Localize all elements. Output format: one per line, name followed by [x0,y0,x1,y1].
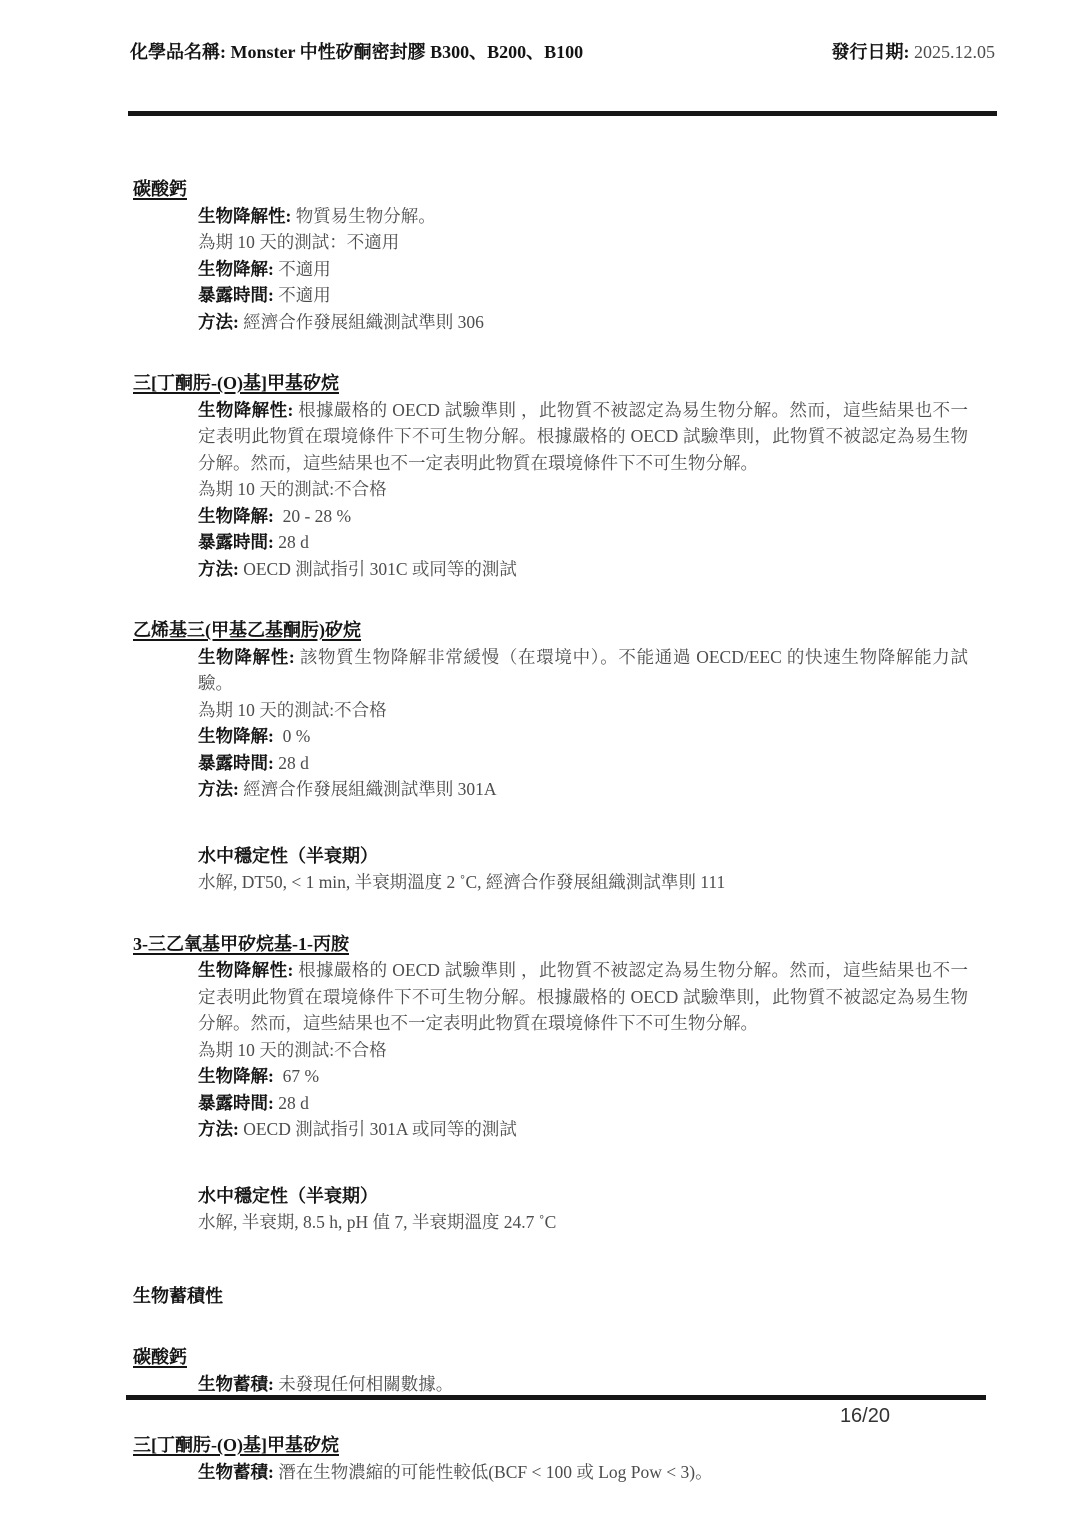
issue-date-value: 2025.12.05 [910,42,996,62]
substance-section: 碳酸鈣生物蓄積: 未發現任何相關數據。 [133,1344,977,1397]
substance-section: 三[丁酮肟-(O)基]甲基矽烷生物蓄積: 潛在生物濃縮的可能性較低(BCF < … [133,1432,977,1485]
data-line: 生物降解性: 物質易生物分解。 [198,203,968,230]
data-line: 暴露時間: 不適用 [198,282,968,309]
field-value: 20 - 28 % [274,506,351,526]
data-line: 暴露時間: 28 d [198,750,968,777]
chemical-name-value: Monster 中性矽酮密封膠 B300、B200、B100 [226,42,583,62]
field-value: 為期 10 天的測試:不合格 [198,1040,387,1060]
field-label: 生物蓄積: [198,1374,274,1394]
section-lines: 生物蓄積: 未發現任何相關數據。 [133,1371,968,1398]
footer-divider-rule [126,1395,986,1400]
field-label: 生物降解: [198,506,274,526]
field-label: 方法: [198,559,239,579]
field-value: OECD 測試指引 301C 或同等的測試 [239,559,517,579]
section-heading: 水中穩定性（半衰期） [198,1183,977,1210]
substance-section: 3-三乙氧基甲矽烷基-1-丙胺生物降解性: 根據嚴格的 OECD 試驗準則 ，此… [133,931,977,1143]
field-label: 生物降解性: [198,647,295,667]
stability-subsection: 水中穩定性（半衰期）水解, 半衰期, 8.5 h, pH 值 7, 半衰期溫度 … [133,1183,977,1236]
data-line: 生物降解性: 根據嚴格的 OECD 試驗準則 ，此物質不被認定為易生物分解。然而… [198,957,968,1037]
section-lines: 水解, DT50, < 1 min, 半衰期溫度 2 ˚C, 經濟合作發展組織測… [133,869,968,896]
field-label: 生物降解: [198,1066,274,1086]
data-line: 為期 10 天的測試:不合格 [198,697,968,724]
field-label: 暴露時間: [198,753,274,773]
data-line: 生物降解: 67 % [198,1063,968,1090]
data-line: 為期 10 天的測試：不適用 [198,229,968,256]
field-value: 28 d [274,753,309,773]
field-value: 經濟合作發展組織測試準則 301A [239,779,497,799]
field-label: 方法: [198,1119,239,1139]
data-line: 水解, 半衰期, 8.5 h, pH 值 7, 半衰期溫度 24.7 ˚C [198,1209,968,1236]
section-heading: 水中穩定性（半衰期） [198,843,977,870]
section-heading: 三[丁酮肟-(O)基]甲基矽烷 [133,370,977,397]
data-line: 生物降解: 20 - 28 % [198,503,968,530]
section-heading: 碳酸鈣 [133,1344,977,1371]
field-value: 未發現任何相關數據。 [274,1374,453,1394]
field-label: 生物蓄積: [198,1462,274,1482]
field-value: OECD 測試指引 301A 或同等的測試 [239,1119,517,1139]
data-line: 為期 10 天的測試:不合格 [198,476,968,503]
field-label: 生物降解性: [198,960,293,980]
data-line: 生物降解: 不適用 [198,256,968,283]
page-header: 化學品名稱: Monster 中性矽酮密封膠 B300、B200、B100 發行… [0,0,1082,64]
field-label: 暴露時間: [198,1093,274,1113]
field-value: 該物質生物降解非常緩慢（在環境中）。不能通過 OECD/EEC 的快速生物降解能… [198,647,968,694]
substance-section: 碳酸鈣生物降解性: 物質易生物分解。為期 10 天的測試：不適用生物降解: 不適… [133,176,977,335]
field-value: 為期 10 天的測試:不合格 [198,700,387,720]
field-label: 暴露時間: [198,532,274,552]
section-heading: 生物蓄積性 [133,1283,977,1310]
field-label: 暴露時間: [198,285,274,305]
field-label: 生物降解: [198,259,274,279]
stability-subsection: 水中穩定性（半衰期）水解, DT50, < 1 min, 半衰期溫度 2 ˚C,… [133,843,977,896]
field-label: 方法: [198,312,239,332]
data-line: 暴露時間: 28 d [198,529,968,556]
substance-section: 乙烯基三(甲基乙基酮肟)矽烷生物降解性: 該物質生物降解非常緩慢（在環境中）。不… [133,617,977,803]
data-line: 為期 10 天的測試:不合格 [198,1037,968,1064]
section-heading: 乙烯基三(甲基乙基酮肟)矽烷 [133,617,977,644]
section-lines: 水解, 半衰期, 8.5 h, pH 值 7, 半衰期溫度 24.7 ˚C [133,1209,968,1236]
field-value: 水解, DT50, < 1 min, 半衰期溫度 2 ˚C, 經濟合作發展組織測… [198,872,725,892]
group-section: 生物蓄積性 [133,1283,977,1310]
field-value: 67 % [274,1066,319,1086]
section-lines: 生物降解性: 該物質生物降解非常緩慢（在環境中）。不能通過 OECD/EEC 的… [133,644,968,803]
page-number: 16/20 [840,1405,890,1428]
field-value: 水解, 半衰期, 8.5 h, pH 值 7, 半衰期溫度 24.7 ˚C [198,1212,556,1232]
sds-document-page: 化學品名稱: Monster 中性矽酮密封膠 B300、B200、B100 發行… [0,0,1082,1514]
section-heading: 3-三乙氧基甲矽烷基-1-丙胺 [133,931,977,958]
data-line: 方法: OECD 測試指引 301C 或同等的測試 [198,556,968,583]
section-lines: 生物降解性: 物質易生物分解。為期 10 天的測試：不適用生物降解: 不適用暴露… [133,203,968,336]
data-line: 方法: OECD 測試指引 301A 或同等的測試 [198,1116,968,1143]
issue-date-label: 發行日期: [832,42,910,62]
issue-date-header: 發行日期: 2025.12.05 [832,40,996,64]
field-value: 不適用 [274,259,331,279]
section-lines: 生物蓄積: 潛在生物濃縮的可能性較低(BCF < 100 或 Log Pow <… [133,1459,968,1486]
data-line: 暴露時間: 28 d [198,1090,968,1117]
data-line: 方法: 經濟合作發展組織測試準則 301A [198,776,968,803]
field-value: 28 d [274,1093,309,1113]
section-lines: 生物降解性: 根據嚴格的 OECD 試驗準則 ，此物質不被認定為易生物分解。然而… [133,957,968,1143]
section-lines: 生物降解性: 根據嚴格的 OECD 試驗準則 ，此物質不被認定為易生物分解。然而… [133,397,968,583]
chemical-name-label: 化學品名稱: [130,42,226,62]
field-value: 潛在生物濃縮的可能性較低(BCF < 100 或 Log Pow < 3)。 [274,1462,713,1482]
document-body: 碳酸鈣生物降解性: 物質易生物分解。為期 10 天的測試：不適用生物降解: 不適… [133,176,977,1485]
header-divider-rule [128,111,997,116]
field-label: 生物降解性: [198,400,293,420]
field-value: 物質易生物分解。 [291,206,435,226]
data-line: 生物降解性: 該物質生物降解非常緩慢（在環境中）。不能通過 OECD/EEC 的… [198,644,968,697]
field-label: 生物降解性: [198,206,291,226]
field-value: 28 d [274,532,309,552]
data-line: 方法: 經濟合作發展組織測試準則 306 [198,309,968,336]
field-value: 0 % [274,726,310,746]
section-heading: 碳酸鈣 [133,176,977,203]
data-line: 生物蓄積: 潛在生物濃縮的可能性較低(BCF < 100 或 Log Pow <… [198,1459,968,1486]
field-value: 根據嚴格的 OECD 試驗準則 ，此物質不被認定為易生物分解。然而，這些結果也不… [198,400,968,473]
section-heading: 三[丁酮肟-(O)基]甲基矽烷 [133,1432,977,1459]
field-value: 不適用 [274,285,331,305]
field-value: 為期 10 天的測試:不合格 [198,479,387,499]
field-value: 根據嚴格的 OECD 試驗準則 ，此物質不被認定為易生物分解。然而，這些結果也不… [198,960,968,1033]
field-label: 生物降解: [198,726,274,746]
data-line: 生物降解: 0 % [198,723,968,750]
data-line: 生物蓄積: 未發現任何相關數據。 [198,1371,968,1398]
field-value: 經濟合作發展組織測試準則 306 [239,312,484,332]
chemical-name-header: 化學品名稱: Monster 中性矽酮密封膠 B300、B200、B100 [130,40,583,64]
field-label: 方法: [198,779,239,799]
field-value: 為期 10 天的測試：不適用 [198,232,399,252]
data-line: 水解, DT50, < 1 min, 半衰期溫度 2 ˚C, 經濟合作發展組織測… [198,869,968,896]
substance-section: 三[丁酮肟-(O)基]甲基矽烷生物降解性: 根據嚴格的 OECD 試驗準則 ，此… [133,370,977,582]
data-line: 生物降解性: 根據嚴格的 OECD 試驗準則 ，此物質不被認定為易生物分解。然而… [198,397,968,477]
